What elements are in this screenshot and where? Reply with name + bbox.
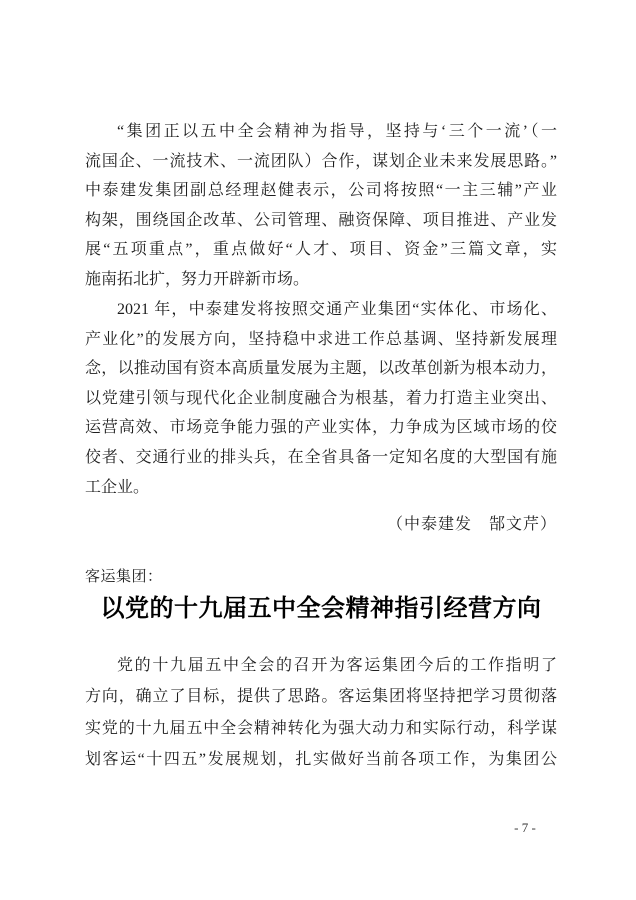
article2-title: 以党的十九届五中全会精神指引经营方向: [85, 588, 557, 623]
text-line: 划客运“十四五”发展规划，扎实做好当前各项工作，为集团公: [85, 744, 557, 775]
text-line: “集团正以五中全会精神为指导，坚持与‘三个一流’（一: [85, 117, 557, 147]
article1-signature: （中泰建发 郜文芹）: [85, 511, 557, 534]
text-line: 方向，确立了目标，提供了思路。客运集团将坚持把学习贯彻落: [85, 681, 557, 712]
text-line: 运营高效、市场竞争能力强的产业实体，力争成为区域市场的佼: [85, 413, 557, 443]
text-line: 施南拓北扩，努力开辟新市场。: [85, 265, 557, 295]
text-line: 中泰建发集团副总经理赵健表示，公司将按照“一主三辅”产业: [85, 176, 557, 206]
document-page: “集团正以五中全会精神为指导，坚持与‘三个一流’（一 流国企、一流技术、一流团队…: [0, 0, 636, 900]
article1-paragraph-1: “集团正以五中全会精神为指导，坚持与‘三个一流’（一 流国企、一流技术、一流团队…: [85, 117, 557, 295]
text-line: 展“五项重点”，重点做好“人才、项目、资金”三篇文章，实: [85, 235, 557, 265]
text-line: 产业化”的发展方向，坚持稳中求进工作总基调、坚持新发展理: [85, 325, 557, 355]
text-line: 以党建引领与现代化企业制度融合为根基，着力打造主业突出、: [85, 384, 557, 414]
text-line: 念，以推动国有资本高质量发展为主题，以改革创新为根本动力，: [85, 354, 557, 384]
article1-paragraph-2: 2021 年，中泰建发将按照交通产业集团“实体化、市场化、 产业化”的发展方向，…: [85, 295, 557, 502]
text-line: 党的十九届五中全会的召开为客运集团今后的工作指明了: [85, 650, 557, 681]
page-number: - 7 -: [495, 820, 555, 836]
article2-paragraph-1: 党的十九届五中全会的召开为客运集团今后的工作指明了 方向，确立了目标，提供了思路…: [85, 650, 557, 775]
text-line: 佼者、交通行业的排头兵，在全省具备一定知名度的大型国有施: [85, 443, 557, 473]
text-line: 2021 年，中泰建发将按照交通产业集团“实体化、市场化、: [85, 295, 557, 325]
article2-section-label: 客运集团：: [85, 565, 557, 586]
text-line: 工企业。: [85, 473, 557, 503]
text-line: 流国企、一流技术、一流团队）合作，谋划企业未来发展思路。”: [85, 147, 557, 177]
text-line: 构架，围绕国企改革、公司管理、融资保障、项目推进、产业发: [85, 206, 557, 236]
text-line: 实党的十九届五中全会精神转化为强大动力和实际行动，科学谋: [85, 713, 557, 744]
